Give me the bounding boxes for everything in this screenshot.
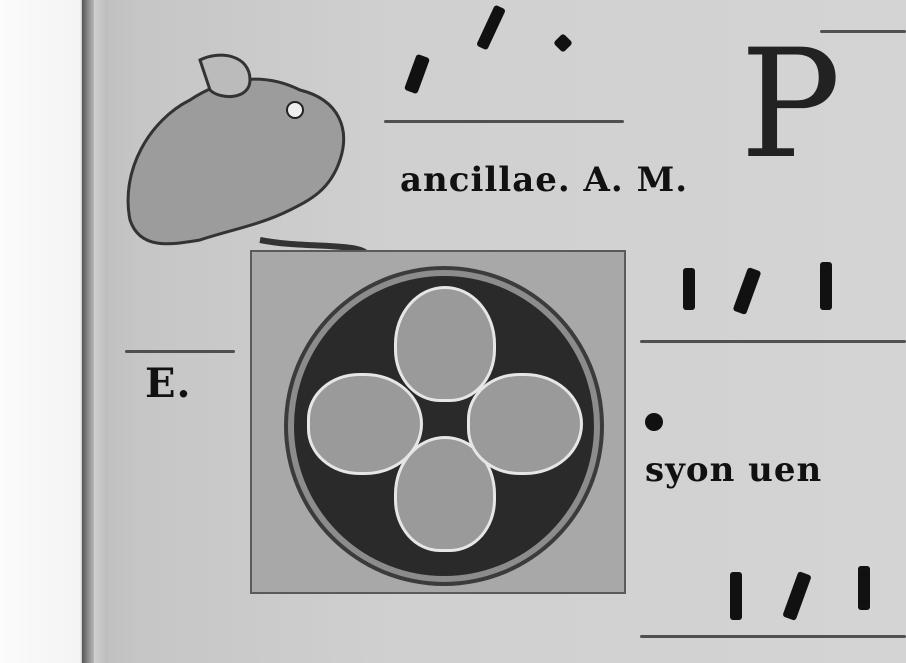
quatrefoil-leaf [394, 286, 496, 402]
illuminated-initial-O [288, 270, 600, 582]
neume-mark [645, 413, 663, 431]
staff-line [384, 120, 624, 123]
neume-mark [730, 572, 742, 620]
neume-mark [476, 5, 506, 51]
neume-mark [858, 566, 870, 610]
quatrefoil-leaf [307, 373, 423, 475]
staff-line [125, 350, 235, 353]
neume-mark [553, 33, 573, 53]
manuscript-photo: ancillae. A. M. E. syon uen P [0, 0, 906, 663]
chant-text-line: syon uen [645, 450, 822, 490]
neume-mark [683, 268, 695, 310]
neume-mark [782, 571, 812, 621]
neume-mark [733, 267, 762, 315]
large-initial-letter: P [740, 30, 841, 180]
dragon-creature-drawing [110, 50, 370, 260]
neume-mark [404, 54, 430, 94]
staff-line [640, 340, 906, 343]
quatrefoil-leaf [467, 373, 583, 475]
page-margin [94, 0, 108, 663]
chant-text-line: E. [145, 360, 191, 407]
page-binding-edge [82, 0, 94, 663]
chant-text-line: ancillae. A. M. [400, 160, 688, 200]
staff-line [640, 635, 906, 638]
neume-mark [820, 262, 832, 310]
